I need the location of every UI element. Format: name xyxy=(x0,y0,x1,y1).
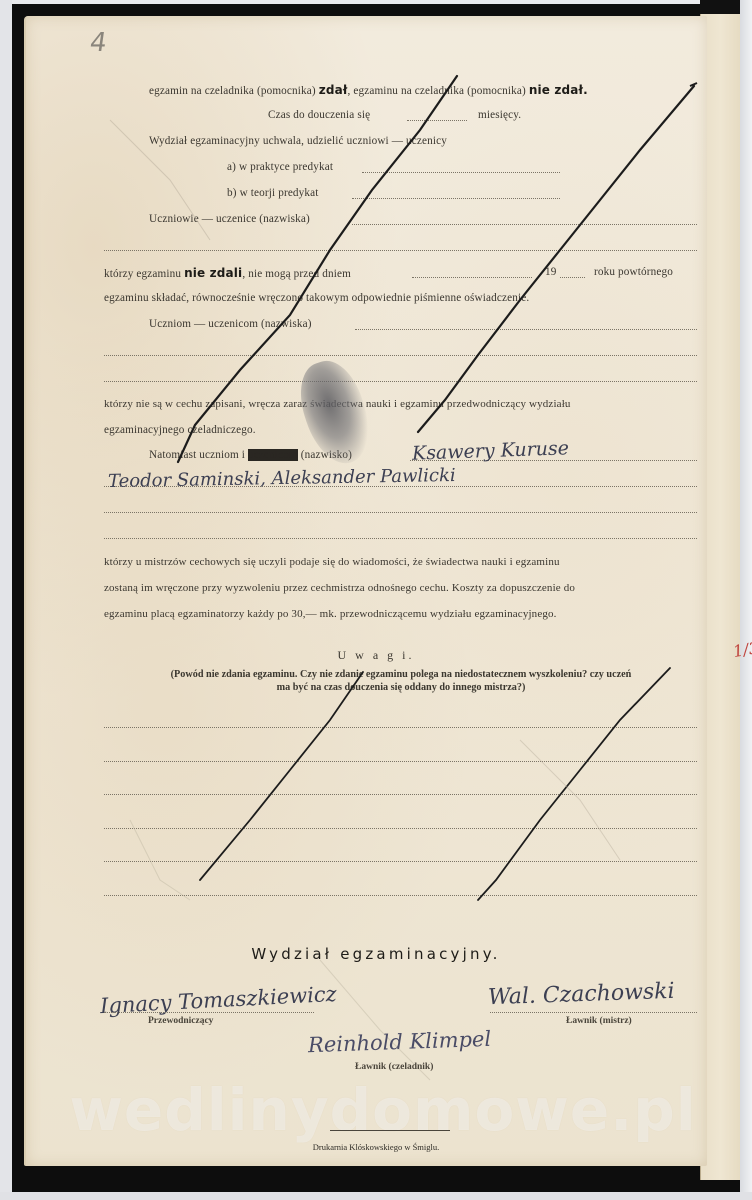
line-exam-fees: egzaminu placą egzaminatorzy każdy po 30… xyxy=(104,608,557,620)
students-to-names-label: Uczniom — uczenicom (nazwiska) xyxy=(149,318,312,330)
students-to-names-field xyxy=(355,329,697,330)
chairman-signature-line xyxy=(104,1012,314,1013)
guild-students-field-4 xyxy=(104,538,697,539)
line-exam-result: egzamin na czeladnika (pomocnika) zdał, … xyxy=(149,83,588,97)
theory-grade-label: b) w teorji predykat xyxy=(227,187,319,199)
scan-frame-right xyxy=(740,0,752,1200)
printer-rule xyxy=(330,1130,450,1131)
remarks-field-5 xyxy=(104,861,697,862)
line-written-statement: egzaminu składać, równocześnie wręczono … xyxy=(104,292,529,304)
printer-imprint: Drukarnia Klóskowskiego w Śmiglu. xyxy=(0,1142,752,1152)
failed-label: nie zdał. xyxy=(529,83,588,97)
year-field xyxy=(560,277,585,278)
red-margin-annotation: 1/3 xyxy=(732,638,752,661)
scan-frame-left xyxy=(0,0,12,1200)
retake-date-field xyxy=(412,277,532,278)
struck-word: uczenicom xyxy=(248,449,298,461)
line-committee-resolves: Wydział egzaminacyjny uchwala, udzielić … xyxy=(149,135,447,147)
remarks-field-2 xyxy=(104,761,697,762)
students-names-field-2 xyxy=(104,250,697,251)
remarks-field-1 xyxy=(104,727,697,728)
failed-plural-label: nie zdali xyxy=(184,266,242,280)
remarks-field-4 xyxy=(104,828,697,829)
journeyman-label: Ławnik (czeladnik) xyxy=(355,1062,433,1072)
scan-frame-top xyxy=(0,0,752,4)
remarks-field-6 xyxy=(104,895,697,896)
line-failed-students: którzy egzaminu nie zdali, nie mogą prze… xyxy=(104,266,351,280)
students-to-names-field-2 xyxy=(104,355,697,356)
scan-shadow-top-right xyxy=(700,0,740,14)
theory-grade-field xyxy=(352,198,560,199)
committee-title: Wydział egzaminacyjny. xyxy=(0,945,752,963)
practice-grade-label: a) w praktyce predykat xyxy=(227,161,333,173)
months-label: miesięcy. xyxy=(478,109,521,121)
remarks-field-3 xyxy=(104,794,697,795)
scan-frame-bottom xyxy=(0,1192,752,1200)
students-names-label: Uczniowie — uczenice (nazwiska) xyxy=(149,213,310,225)
guild-students-field-3 xyxy=(104,512,697,513)
students-to-names-field-3 xyxy=(104,381,697,382)
line-journeyman-committee: egzaminacyjnego czeladniczego. xyxy=(104,424,256,436)
line-certificates-delivered: zostaną im wręczone przy wyzwoleniu prze… xyxy=(104,582,575,594)
retraining-months-field xyxy=(407,120,467,121)
students-names-field xyxy=(352,224,697,225)
line-guild-masters: którzy u mistrzów cechowych się uczyli p… xyxy=(104,556,560,568)
practice-grade-field xyxy=(362,172,560,173)
remarks-instructions: (Powód nie zdania egzaminu. Czy nie zdan… xyxy=(104,668,698,694)
remarks-heading: U w a g i. xyxy=(0,648,752,663)
year-prefix: 19 xyxy=(545,266,557,278)
line-retraining-time: Czas do douczenia się xyxy=(268,109,370,121)
passed-label: zdał xyxy=(319,83,348,97)
watermark: wedlinydomowe.pl xyxy=(58,1076,708,1144)
master-signature-line xyxy=(490,1012,697,1013)
master-label: Ławnik (mistrz) xyxy=(566,1016,632,1026)
year-retake-label: roku powtórnego xyxy=(594,266,673,278)
chairman-label: Przewodniczący xyxy=(148,1016,213,1026)
